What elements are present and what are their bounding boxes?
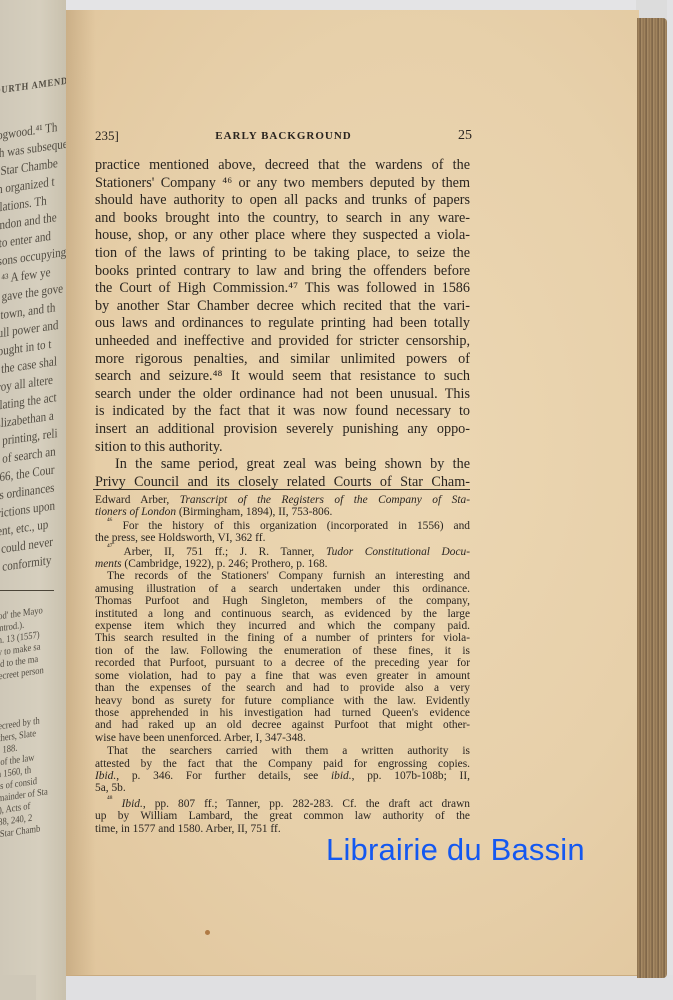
body-line: practice mentioned above, decreed that t… bbox=[95, 157, 470, 175]
footnote-line: tion of the law. Following the enumerati… bbox=[95, 645, 470, 657]
body-line: should have authority to open all packs … bbox=[95, 192, 470, 210]
footnote-line: heavy bond as surety for future complian… bbox=[95, 695, 470, 707]
left-page-bottom bbox=[0, 975, 36, 1000]
body-line: search under the older ordinance had not… bbox=[95, 386, 470, 404]
footnote-title: ments bbox=[95, 558, 122, 570]
footnote-title: Tudor Constitutional Docu- bbox=[326, 546, 470, 558]
footnote-line: the press, see Holdsworth, VI, 362 ff. bbox=[95, 532, 470, 544]
page-edges bbox=[637, 18, 667, 978]
footnote-text: Edward Arber, bbox=[95, 494, 180, 506]
footnote-line: some violation, had to pay a fine that w… bbox=[95, 670, 470, 682]
body-line: search and seizure.⁴⁸ It would seem that… bbox=[95, 368, 470, 386]
footnote-text: Arber, II, 751 ff.; J. R. Tanner, bbox=[113, 546, 326, 558]
footnote-text: , p. 346. For further details, see bbox=[116, 770, 331, 782]
footnote-text: , pp. 107b-108b; II, bbox=[352, 770, 470, 782]
footnote-line: wise have been unenforced. Arber, I, 347… bbox=[95, 732, 470, 744]
gutter-shadow bbox=[66, 10, 96, 975]
footnote-line: amusing illustration of a search underta… bbox=[95, 583, 470, 595]
body-line: the Court of High Commission.⁴⁷ This was… bbox=[95, 280, 470, 298]
footnote-line: expense item which they incurred and whi… bbox=[95, 620, 470, 632]
footnote-text: (Cambridge, 1922), p. 246; Prothero, p. … bbox=[122, 558, 328, 570]
footnote-line: than the expenses of the search and had … bbox=[95, 682, 470, 694]
footnote-line: recorded that Purfoot, pursuant to a dec… bbox=[95, 657, 470, 669]
footnote-46: ⁴⁶ For the history of this organization … bbox=[95, 520, 470, 532]
page-number: 25 bbox=[458, 128, 472, 144]
body-line: unheeded and ineffective and provided fo… bbox=[95, 333, 470, 351]
footnotes: Edward Arber, Transcript of the Register… bbox=[95, 494, 470, 835]
footnote-line: This search resulted in the fining of a … bbox=[95, 632, 470, 644]
left-footnote-rule bbox=[0, 590, 54, 591]
body-line: Stationers' Company ⁴⁶ or any two member… bbox=[95, 175, 470, 193]
footnote-47: ⁴⁷ Arber, II, 751 ff.; J. R. Tanner, Tud… bbox=[95, 546, 470, 558]
footnote-ibid: ibid. bbox=[331, 770, 352, 782]
body-line: is indicated by the fact that it was now… bbox=[95, 403, 470, 421]
left-page: OURTH AMENDM logwood.⁴¹ Th ch was subseq… bbox=[0, 0, 66, 1000]
footnote-line: The records of the Stationers' Company f… bbox=[95, 570, 470, 582]
body-line: house, shop, or any other place where th… bbox=[95, 227, 470, 245]
footnote-line: 5a, 5b. bbox=[95, 782, 470, 794]
left-running-head: OURTH AMENDM bbox=[0, 74, 66, 97]
body-line: insert an additional provision severely … bbox=[95, 421, 470, 439]
footnote-ibid: Ibid. bbox=[95, 770, 116, 782]
background-bottom bbox=[0, 975, 673, 1000]
footnote-48: ⁴⁸ Ibid., pp. 807 ff.; Tanner, pp. 282-2… bbox=[95, 798, 470, 810]
footnote-line: up by William Lambard, the great common … bbox=[95, 810, 470, 822]
footnote-line: tioners of London (Birmingham, 1894), II… bbox=[95, 506, 470, 518]
body-line: In the same period, great zeal was being… bbox=[95, 456, 470, 474]
foxing-spot bbox=[205, 930, 210, 935]
footnote-text: , pp. 807 ff.; Tanner, pp. 282-283. Cf. … bbox=[143, 798, 470, 810]
body-line: more rigorous penalties, and similar unl… bbox=[95, 351, 470, 369]
footnote-line: That the searchers carried with them a w… bbox=[95, 745, 470, 757]
body-line: and books brought into the country, to s… bbox=[95, 210, 470, 228]
body-line: sition to this authority. bbox=[95, 439, 470, 457]
footnote-line: instituted a long and continuous search,… bbox=[95, 608, 470, 620]
footnote-text: (Birmingham, 1894), II, 753-806. bbox=[176, 506, 332, 518]
footnote-ibid: Ibid. bbox=[113, 798, 143, 810]
footnote-text: For the history of this organization (in… bbox=[113, 520, 470, 532]
footnote-title: Transcript of the Registers of the Compa… bbox=[180, 494, 470, 506]
footnote-rule bbox=[93, 489, 470, 490]
footnote-line: and had raked up an old decree against P… bbox=[95, 719, 470, 731]
body-line: ous laws and ordinances to regulate prin… bbox=[95, 315, 470, 333]
running-head-title: EARLY BACKGROUND bbox=[95, 130, 472, 142]
watermark-text: Librairie du Bassin bbox=[326, 832, 585, 868]
body-line: books printed contrary to law and bring … bbox=[95, 263, 470, 281]
running-head: 235] EARLY BACKGROUND 25 bbox=[95, 128, 472, 148]
footnote-line: attested by the fact that the Company pa… bbox=[95, 758, 470, 770]
footnote-line: those apprehended in his investigation h… bbox=[95, 707, 470, 719]
footnote-line: ments (Cambridge, 1922), p. 246; Prother… bbox=[95, 558, 470, 570]
footnote-line: Ibid., p. 346. For further details, see … bbox=[95, 770, 470, 782]
footnote-line: Edward Arber, Transcript of the Register… bbox=[95, 494, 470, 506]
background-right bbox=[667, 0, 673, 1000]
body-text: practice mentioned above, decreed that t… bbox=[95, 157, 470, 491]
body-line: tion of the laws of printing to be takin… bbox=[95, 245, 470, 263]
footnote-line: Thomas Purfoot and Hugh Singleton, membe… bbox=[95, 595, 470, 607]
body-line: by another Star Chamber decree which rec… bbox=[95, 298, 470, 316]
background-top bbox=[66, 0, 636, 10]
